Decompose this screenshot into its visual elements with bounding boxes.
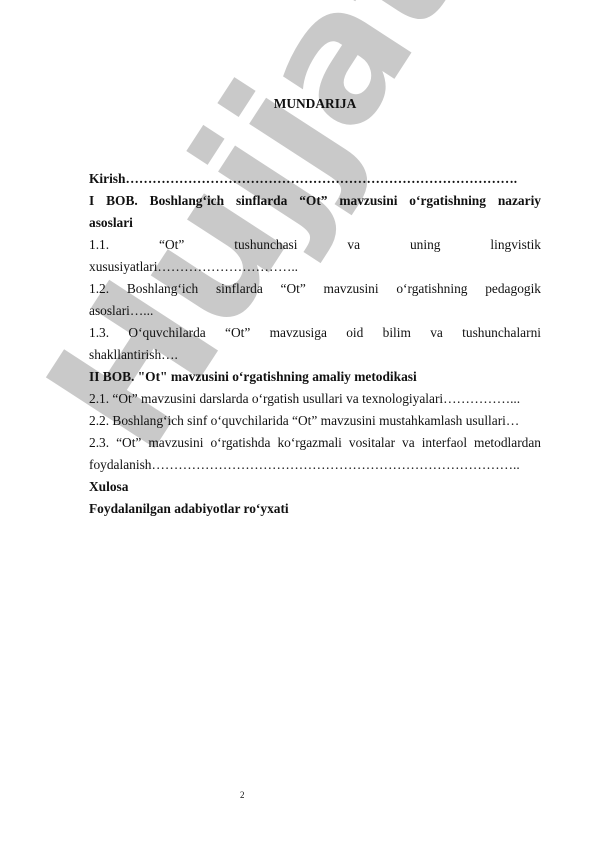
toc-entry-1-3-line-2[interactable]: shakllantirish…. <box>89 344 541 366</box>
toc-entry-1-2-line-1[interactable]: 1.2. Boshlang‘ich sinflarda “Ot” mavzusi… <box>89 278 541 300</box>
toc-entry-1-1-line-2[interactable]: xususiyatlari………………………….. <box>89 256 541 278</box>
page-number: 2 <box>240 790 245 800</box>
toc-entry-2-1[interactable]: 2.1. “Ot” mavzusini darslarda o‘rgatish … <box>89 388 541 410</box>
toc-entry-1-2-line-2[interactable]: asoslari…... <box>89 300 541 322</box>
toc-entry-references[interactable]: Foydalanilgan adabiyotlar ro‘yxati <box>89 498 541 520</box>
document-page: Hujjat24 MUNDARIJA Kirish………………………………………… <box>0 0 596 842</box>
toc-entry-2-3-line-2[interactable]: foydalanish……………………………………………………………………….. <box>89 454 541 476</box>
toc-entry-chapter-1-line-1[interactable]: I BOB. Boshlang‘ich sinflarda “Ot” mavzu… <box>89 190 541 212</box>
toc-entry-2-2[interactable]: 2.2. Boshlang‘ich sinf o‘quvchilarida “O… <box>89 410 541 432</box>
toc-entry-chapter-2[interactable]: II BOB. "Ot" mavzusini o‘rgatishning ama… <box>89 366 541 388</box>
toc-entry-1-3-line-1[interactable]: 1.3. O‘quvchilarda “Ot” mavzusiga oid bi… <box>89 322 541 344</box>
table-of-contents: Kirish……………………………………………………………………………. I B… <box>89 168 541 520</box>
toc-entry-kirish[interactable]: Kirish……………………………………………………………………………. <box>89 168 541 190</box>
page-title: MUNDARIJA <box>89 96 541 112</box>
toc-entry-2-3-line-1[interactable]: 2.3. “Ot” mavzusini o‘rgatishda ko‘rgazm… <box>89 432 541 454</box>
toc-entry-chapter-1-line-2[interactable]: asoslari <box>89 212 541 234</box>
toc-entry-xulosa[interactable]: Xulosa <box>89 476 541 498</box>
toc-entry-1-1-line-1[interactable]: 1.1. “Ot” tushunchasi va uning lingvisti… <box>89 234 541 256</box>
